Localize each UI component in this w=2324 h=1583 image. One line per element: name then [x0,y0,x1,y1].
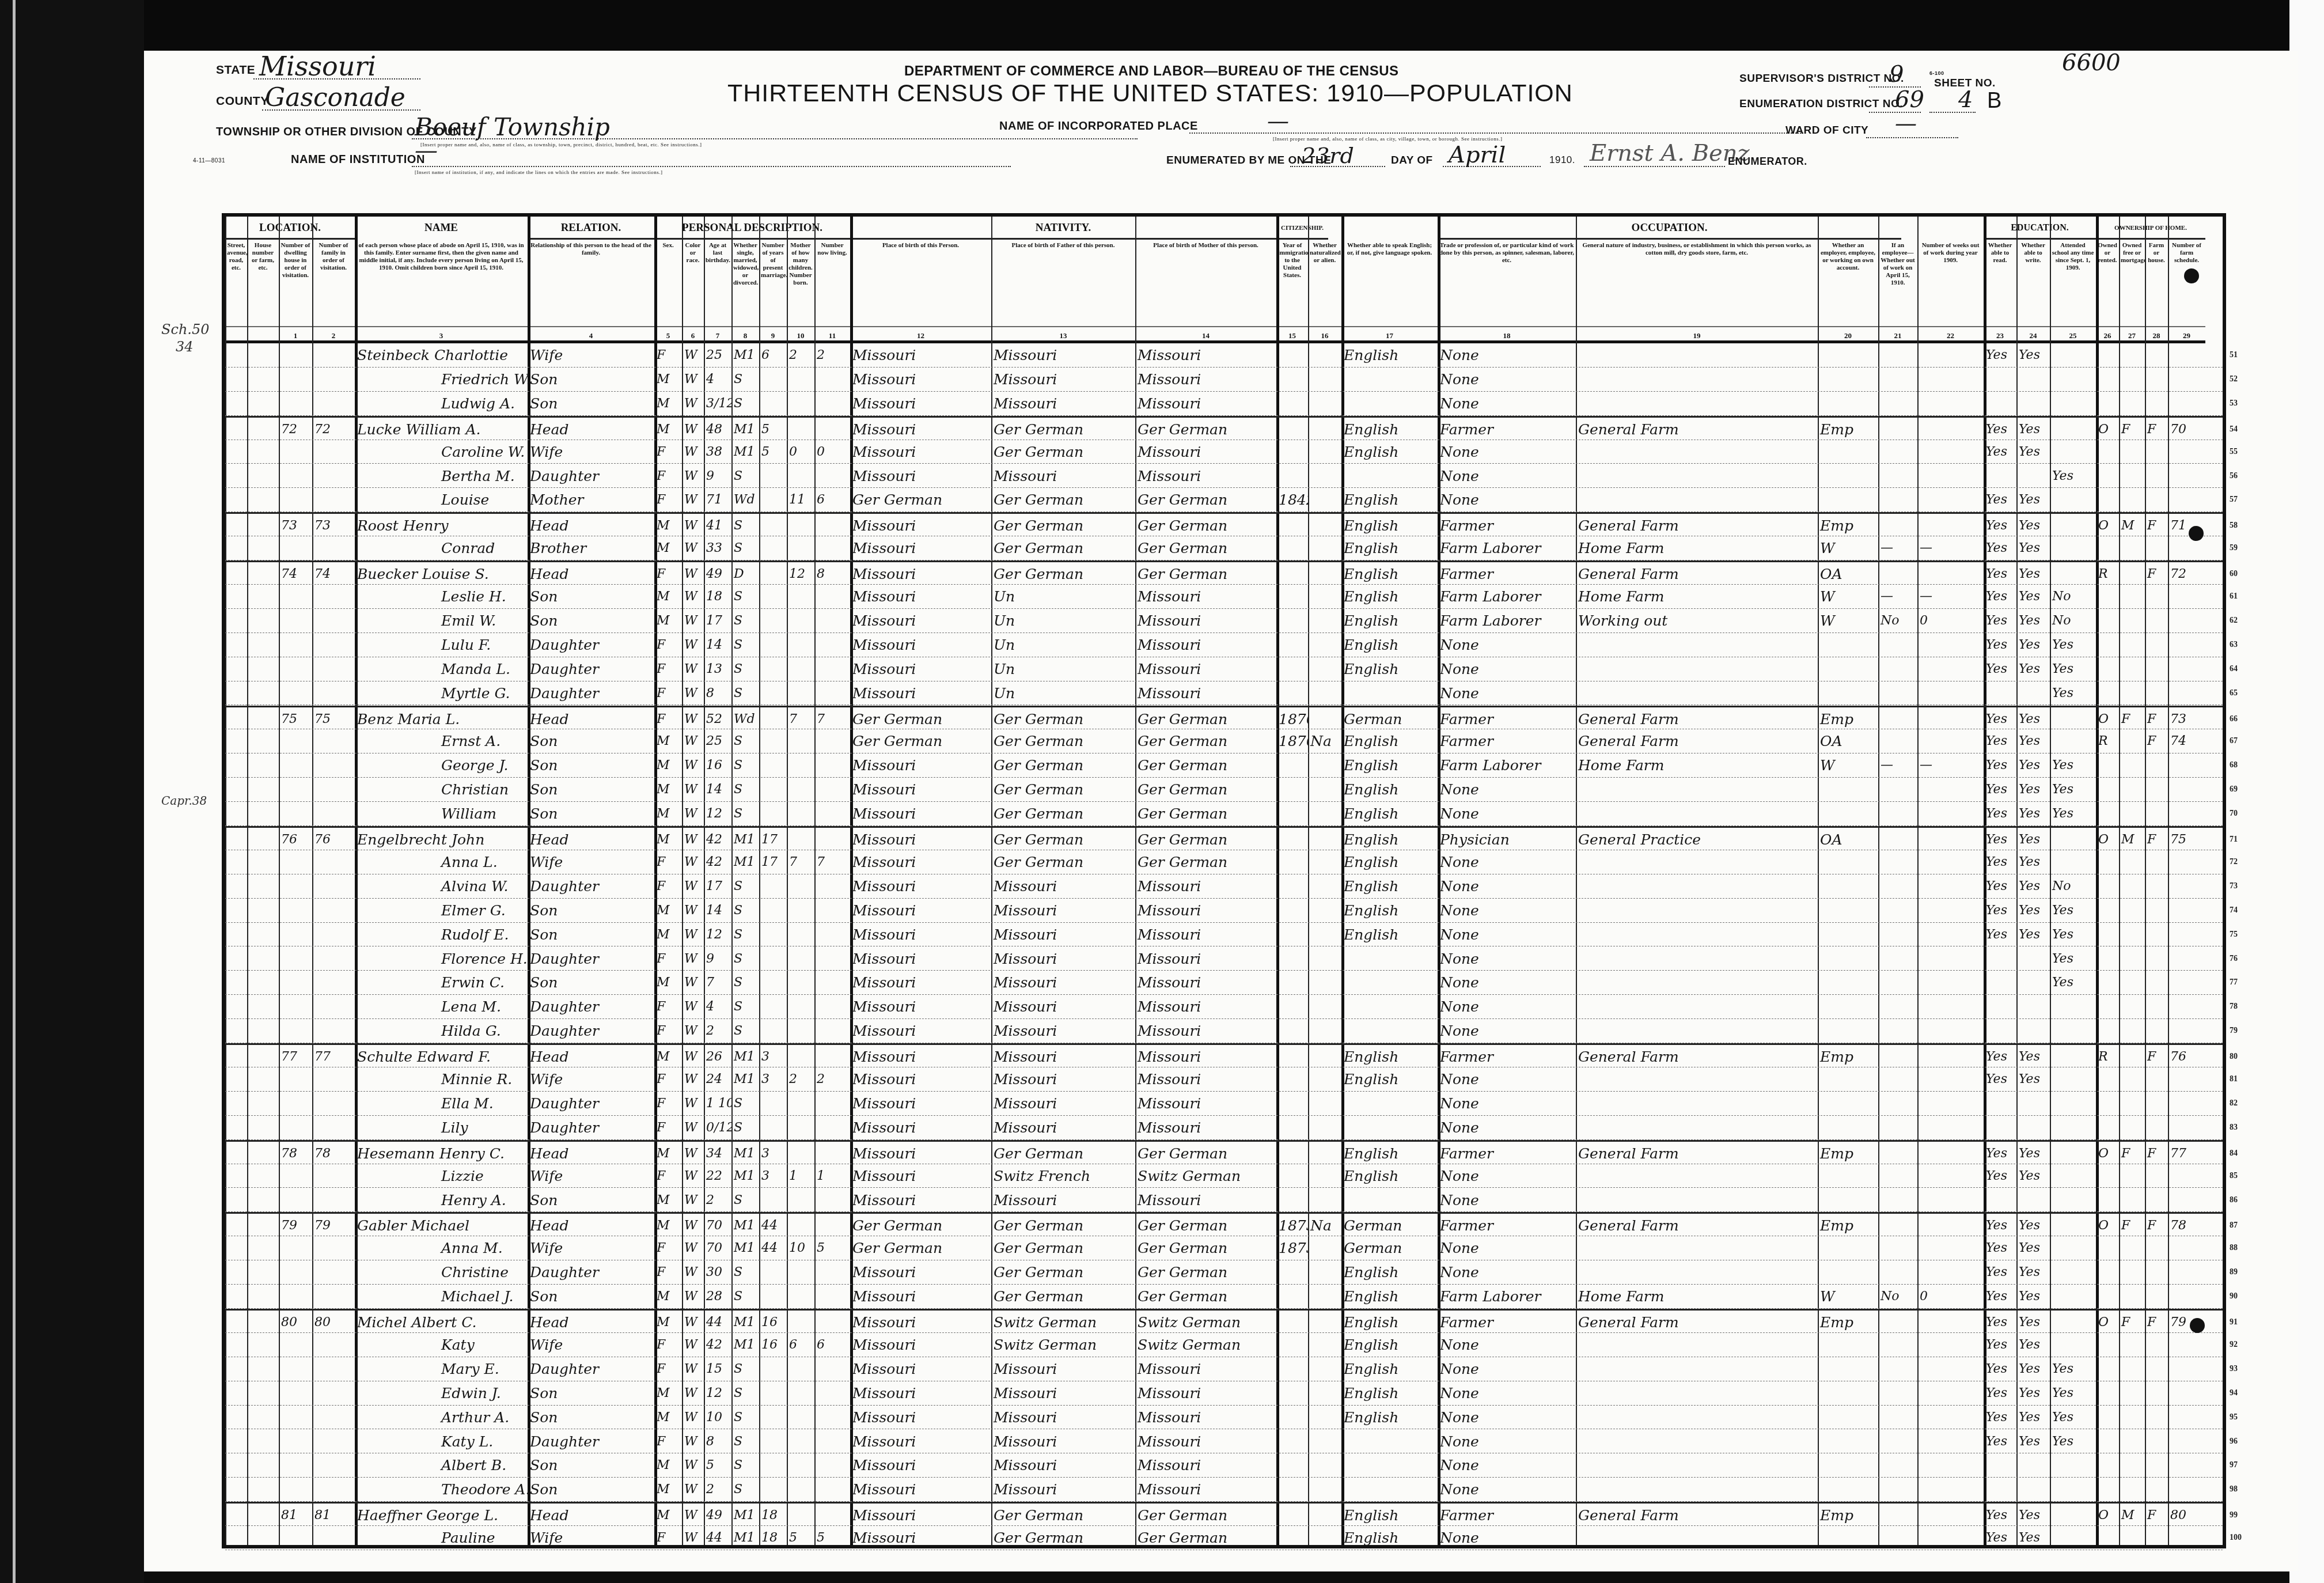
cell-read: Yes [1984,1142,2016,1164]
cell-name: Katy [355,1333,528,1357]
cell-employ: Emp [1818,707,1878,729]
cell-employ: W [1818,1285,1878,1308]
cell-school: Yes [2050,947,2096,971]
cell-farm [2145,923,2168,946]
cell-trade: None [1438,343,1576,367]
cell-weeks-out [1917,1188,1984,1212]
cell-employ [1818,1381,1878,1405]
cell-age: 30 [704,1260,731,1284]
line-number: 92 [2230,1333,2258,1357]
cell-school [2050,1311,2096,1332]
cell-name: Buecker Louise S. [355,562,528,584]
cell-read: Yes [1984,1333,2016,1357]
cell-employ [1818,1478,1878,1501]
cell-dwelling [279,1357,312,1381]
cell-schedule [2168,1236,2205,1260]
cell-immigration [1276,1019,1308,1043]
cell-out-work [1878,562,1917,584]
cell-mother-birth: Missouri [1135,1092,1276,1115]
cell-naturalized [1308,1526,1341,1550]
cell-weeks-out [1917,1478,1984,1501]
cell-farm [2145,874,2168,898]
cell-employ [1818,947,1878,971]
table-row: ConradBrotherMW33SMissouriGer GermanGer … [225,536,2223,561]
cell-schedule [2168,778,2205,801]
cell-trade: None [1438,1526,1576,1550]
cell-marital: S [731,514,759,536]
state-label: STATE [216,63,255,77]
line-number: 58 [2230,514,2258,538]
cell-immigration [1276,1188,1308,1212]
cell-employ [1818,778,1878,801]
cell-employ [1818,1453,1878,1477]
cell-weeks-out: — [1917,536,1984,560]
cell-mortgage [2119,368,2145,391]
cell-naturalized [1308,828,1341,850]
cell-immigration [1276,536,1308,560]
cell-school: Yes [2050,923,2096,946]
cell-owned [2096,802,2119,825]
supervisor-district-label: SUPERVISOR'S DISTRICT NO. [1739,73,1904,85]
cell-farm [2145,1067,2168,1091]
cell-naturalized [1308,368,1341,391]
cell-out-work [1878,657,1917,681]
cell-born [787,802,814,825]
cell-school [2050,828,2096,850]
cell-industry [1576,392,1818,415]
cell-language: English [1341,562,1438,584]
cell-trade: None [1438,681,1576,705]
cell-out-work [1878,947,1917,971]
cell-family [312,729,355,753]
cell-employ [1818,1357,1878,1381]
cell-father-birth: Ger German [991,514,1135,536]
cell-language: German [1341,1236,1438,1260]
cell-immigration [1276,681,1308,705]
line-number: 75 [2230,923,2258,947]
cell-marital: S [731,1285,759,1308]
cell-years-married [759,947,787,971]
cell-marital: M1 [731,1067,759,1091]
cell-name: Florence H. [355,947,528,971]
cell-family [312,971,355,994]
cell-read: Yes [1984,609,2016,633]
cell-employ [1818,971,1878,994]
cell-father-birth: Ger German [991,707,1135,729]
cell-family: 81 [312,1504,355,1525]
cell-marital: S [731,1357,759,1381]
cell-family [312,802,355,825]
cell-industry [1576,1526,1818,1550]
cell-relation: Daughter [528,1430,654,1453]
cell-language: English [1341,778,1438,801]
cell-race: W [682,514,704,536]
cell-birth: Missouri [850,1260,991,1284]
cell-father-birth: Ger German [991,802,1135,825]
column-number: 11 [814,326,850,343]
cell-name: Theodore A. [355,1478,528,1501]
cell-immigration [1276,633,1308,657]
cell-write: Yes [2016,609,2050,633]
cell-industry [1576,1116,1818,1139]
cell-family [312,633,355,657]
cell-birth: Missouri [850,657,991,681]
cell-school [2050,1045,2096,1067]
cell-birth: Ger German [850,729,991,753]
cell-trade: None [1438,1453,1576,1477]
cell-owned [2096,1260,2119,1284]
cell-trade: Farmer [1438,1045,1576,1067]
line-number: 70 [2230,802,2258,826]
cell-weeks-out [1917,681,1984,705]
cell-schedule [2168,681,2205,705]
cell-marital: S [731,1260,759,1284]
cell-living [814,536,850,560]
cell-trade: None [1438,633,1576,657]
cell-school [2050,1504,2096,1525]
cell-industry [1576,1188,1818,1212]
cell-family [312,850,355,874]
cell-mortgage [2119,1188,2145,1212]
cell-farm [2145,899,2168,922]
cell-race: W [682,1045,704,1067]
column-header-5: Sex. [654,240,682,326]
cell-industry: Home Farm [1576,536,1818,560]
cell-mother-birth: Ger German [1135,1142,1276,1164]
cell-read [1984,1453,2016,1477]
cell-birth: Missouri [850,368,991,391]
cell-marital: M1 [731,1526,759,1550]
cell-father-birth: Switz German [991,1333,1135,1357]
margin-note-page: 34 [176,339,194,355]
cell-out-work [1878,874,1917,898]
cell-mother-birth: Ger German [1135,778,1276,801]
cell-language: English [1341,1504,1438,1525]
cell-mortgage [2119,1019,2145,1043]
cell-employ [1818,1333,1878,1357]
cell-years-married: 5 [759,440,787,464]
cell-born [787,828,814,850]
cell-birth: Missouri [850,1526,991,1550]
cell-weeks-out [1917,562,1984,584]
cell-father-birth: Missouri [991,874,1135,898]
cell-school: No [2050,874,2096,898]
cell-school [2050,418,2096,440]
table-row: Leslie H.SonMW18SMissouriUnMissouriEngli… [225,585,2223,609]
cell-out-work [1878,1019,1917,1043]
cell-age: 24 [704,1067,731,1091]
column-number: 5 [654,326,682,343]
table-row: Friedrich W.SonMW4SMissouriMissouriMisso… [225,368,2223,392]
column-header-25: Attended school any time since Sept. 1, … [2050,240,2096,326]
cell-read [1984,392,2016,415]
cell-sex: F [654,1116,682,1139]
line-number: 63 [2230,633,2258,657]
cell-relation: Son [528,1406,654,1429]
cell-trade: Farmer [1438,729,1576,753]
cell-born [787,1453,814,1477]
cell-school [2050,1214,2096,1236]
cell-naturalized [1308,1092,1341,1115]
cell-out-work [1878,1526,1917,1550]
cell-relation: Son [528,1478,654,1501]
cell-out-work [1878,681,1917,705]
cell-trade: None [1438,464,1576,488]
cell-schedule [2168,1526,2205,1550]
cell-sex: M [654,828,682,850]
cell-employ [1818,899,1878,922]
cell-mortgage [2119,1406,2145,1429]
column-header-23: Whether able to read. [1984,240,2016,326]
cell-weeks-out [1917,418,1984,440]
sheet-line [1929,112,1976,113]
cell-farm [2145,1453,2168,1477]
cell-write: Yes [2016,1311,2050,1332]
column-number: 15 [1276,326,1308,343]
census-sheet: STATE Missouri COUNTY Gasconade TOWNSHIP… [144,51,2298,1571]
cell-write: Yes [2016,418,2050,440]
cell-trade: None [1438,1236,1576,1260]
cell-industry: General Farm [1576,562,1818,584]
column-header-4: Relationship of this person to the head … [528,240,654,326]
cell-schedule [2168,464,2205,488]
cell-schedule [2168,995,2205,1018]
cell-sex: M [654,899,682,922]
cell-dwelling [279,1430,312,1453]
cell-relation: Son [528,899,654,922]
cell-out-work [1878,707,1917,729]
cell-dwelling [279,947,312,971]
cell-age: 2 [704,1478,731,1501]
cell-out-work [1878,1214,1917,1236]
table-body: Steinbeck CharlottieWifeFW25M1622Missour… [225,343,2223,1545]
cell-industry [1576,368,1818,391]
cell-naturalized [1308,1188,1341,1212]
cell-owned: R [2096,729,2119,753]
cell-naturalized: Na [1308,1214,1341,1236]
cell-born [787,874,814,898]
cell-owned [2096,1453,2119,1477]
cell-family: 75 [312,707,355,729]
cell-out-work [1878,1045,1917,1067]
line-number: 93 [2230,1357,2258,1381]
cell-relation: Son [528,753,654,777]
cell-born: 6 [787,1333,814,1357]
cell-living [814,368,850,391]
cell-employ [1818,1430,1878,1453]
cell-school: Yes [2050,464,2096,488]
cell-employ: Emp [1818,1311,1878,1332]
cell-relation: Head [528,418,654,440]
cell-sex: M [654,1453,682,1477]
cell-schedule [2168,1453,2205,1477]
cell-out-work [1878,488,1917,512]
cell-relation: Son [528,1188,654,1212]
cell-years-married: 17 [759,850,787,874]
cell-read: Yes [1984,1214,2016,1236]
column-number: 12 [850,326,991,343]
cell-farm [2145,1381,2168,1405]
table-row: LilyDaughterFW0/12SMissouriMissouriMisso… [225,1116,2223,1140]
cell-father-birth: Un [991,681,1135,705]
cell-out-work [1878,440,1917,464]
cell-trade: None [1438,1188,1576,1212]
cell-write: Yes [2016,1142,2050,1164]
cell-naturalized [1308,1164,1341,1188]
cell-out-work [1878,1381,1917,1405]
cell-birth: Missouri [850,1381,991,1405]
cell-out-work: No [1878,1285,1917,1308]
cell-employ: Emp [1818,1504,1878,1525]
cell-naturalized [1308,1236,1341,1260]
cell-mother-birth: Missouri [1135,1478,1276,1501]
column-header-16: Whether naturalized or alien. [1308,240,1341,326]
cell-write [2016,392,2050,415]
column-header-3: of each person whose place of abode on A… [355,240,528,326]
cell-born: 10 [787,1236,814,1260]
column-number: 6 [682,326,704,343]
township-instruction: [Insert proper name and, also, name of c… [420,142,702,147]
cell-marital: S [731,464,759,488]
cell-mother-birth: Ger German [1135,562,1276,584]
column-number: 17 [1341,326,1438,343]
section-education: EDUCATION. [1984,217,2096,240]
column-header-9: Number of years of present marriage. [759,240,787,326]
cell-born: 12 [787,562,814,584]
cell-race: W [682,778,704,801]
cell-trade: Farm Laborer [1438,1285,1576,1308]
cell-mother-birth: Ger German [1135,1504,1276,1525]
cell-name: Elmer G. [355,899,528,922]
table-row: 7575Benz Maria L.HeadFW52Wd77Ger GermanG… [225,706,2223,730]
cell-language: English [1341,633,1438,657]
cell-naturalized [1308,1357,1341,1381]
cell-industry: General Farm [1576,1214,1818,1236]
cell-weeks-out [1917,1214,1984,1236]
cell-naturalized [1308,899,1341,922]
cell-out-work [1878,1453,1917,1477]
cell-read [1984,995,2016,1018]
cell-language [1341,368,1438,391]
line-number: 72 [2230,850,2258,874]
cell-father-birth: Ger German [991,1285,1135,1308]
table-row: 7777Schulte Edward F.HeadMW26M13Missouri… [225,1043,2223,1067]
cell-age: 3/12 [704,392,731,415]
cell-birth: Missouri [850,995,991,1018]
table-row: WilliamSonMW12SMissouriGer GermanGer Ger… [225,802,2223,826]
institution-label: NAME OF INSTITUTION [291,153,425,166]
cell-born [787,1260,814,1284]
cell-mortgage [2119,1092,2145,1115]
cell-race: W [682,995,704,1018]
cell-years-married [759,488,787,512]
cell-race: W [682,488,704,512]
cell-family [312,1333,355,1357]
cell-immigration: 1842 [1276,488,1308,512]
cell-living [814,418,850,440]
cell-write: Yes [2016,1526,2050,1550]
cell-employ [1818,633,1878,657]
cell-birth: Missouri [850,1333,991,1357]
line-number: 79 [2230,1019,2258,1043]
column-header-12: Place of birth of this Person. [850,240,991,326]
cell-owned [2096,1285,2119,1308]
census-table: LOCATION. NAME RELATION. PERSONAL DESCRI… [222,213,2226,1548]
cell-employ [1818,368,1878,391]
cell-dwelling [279,488,312,512]
cell-family [312,874,355,898]
cell-language: English [1341,609,1438,633]
cell-relation: Son [528,609,654,633]
cell-name: Pauline [355,1526,528,1550]
cell-employ: Emp [1818,1214,1878,1236]
incorporated-place-label: NAME OF INCORPORATED PLACE [999,120,1198,133]
cell-owned [2096,368,2119,391]
cell-age: 15 [704,1357,731,1381]
cell-dwelling [279,753,312,777]
cell-employ [1818,850,1878,874]
cell-immigration [1276,1116,1308,1139]
cell-family [312,1188,355,1212]
cell-birth: Missouri [850,1285,991,1308]
cell-read: Yes [1984,562,2016,584]
cell-marital: M1 [731,1333,759,1357]
cell-marital: M1 [731,1045,759,1067]
cell-immigration [1276,343,1308,367]
cell-read: Yes [1984,418,2016,440]
cell-owned: O [2096,1504,2119,1525]
cell-name: Friedrich W. [355,368,528,391]
cell-sex: M [654,1285,682,1308]
cell-industry [1576,488,1818,512]
cell-employ [1818,392,1878,415]
cell-farm [2145,1430,2168,1453]
cell-dwelling [279,1285,312,1308]
cell-name: Christine [355,1260,528,1284]
cell-naturalized [1308,802,1341,825]
cell-birth: Missouri [850,802,991,825]
cell-marital: M1 [731,1214,759,1236]
section-nativity: NATIVITY. [850,217,1276,240]
cell-weeks-out [1917,995,1984,1018]
cell-years-married [759,562,787,584]
cell-name: Lizzie [355,1164,528,1188]
cell-weeks-out [1917,1430,1984,1453]
cell-out-work [1878,1478,1917,1501]
cell-school [2050,514,2096,536]
cell-employ [1818,1188,1878,1212]
cell-age: 13 [704,657,731,681]
table-row: Rudolf E.SonMW12SMissouriMissouriMissour… [225,923,2223,947]
cell-schedule [2168,1164,2205,1188]
cell-owned [2096,971,2119,994]
cell-race: W [682,392,704,415]
cell-read: Yes [1984,1526,2016,1550]
cell-father-birth: Ger German [991,828,1135,850]
cell-school [2050,536,2096,560]
sheet-code: 6-100 [1929,70,1944,76]
cell-read: Yes [1984,1357,2016,1381]
cell-weeks-out [1917,1092,1984,1115]
cell-owned [2096,1067,2119,1091]
margin-note-schedule: Sch.50 [161,321,210,338]
cell-mortgage [2119,1357,2145,1381]
line-number: 68 [2230,753,2258,778]
cell-father-birth: Ger German [991,753,1135,777]
table-row: Mary E.DaughterFW15SMissouriMissouriMiss… [225,1357,2223,1381]
cell-dwelling [279,657,312,681]
cell-race: W [682,971,704,994]
